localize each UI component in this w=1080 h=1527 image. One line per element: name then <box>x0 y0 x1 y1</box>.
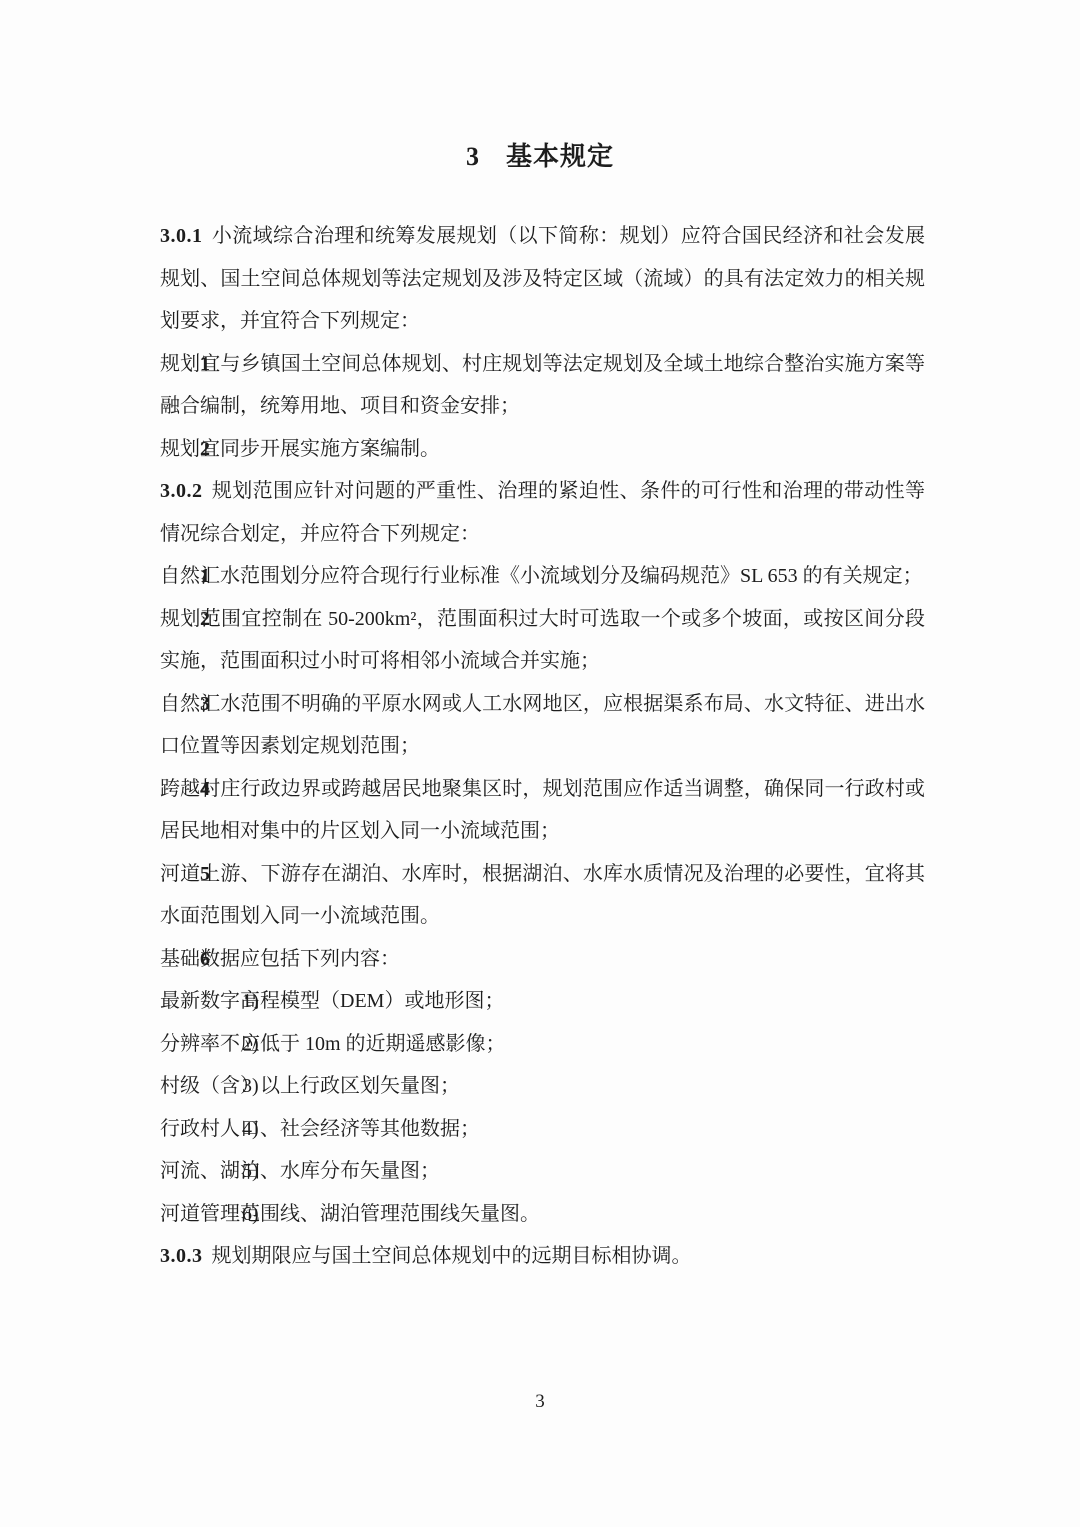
item-text: 规划范围宜控制在 50-200km²，范围面积过大时可选取一个或多个坡面，或按区… <box>160 608 925 673</box>
chapter-title-text: 基本规定 <box>506 142 614 171</box>
item-number: 5 <box>200 853 210 896</box>
clause-3-0-2-item-2: 2规划范围宜控制在 50-200km²，范围面积过大时可选取一个或多个坡面，或按… <box>160 598 925 683</box>
clause-3-0-2-item-4: 4跨越村庄行政边界或跨越居民地聚集区时，规划范围应作适当调整，确保同一行政村或居… <box>160 768 925 853</box>
clause-number: 3.0.2 <box>160 480 203 502</box>
item-number: 6 <box>200 938 210 981</box>
document-body: 3.0.1小流域综合治理和统筹发展规划（以下简称：规划）应符合国民经济和社会发展… <box>0 215 1080 1278</box>
item-text: 基础数据应包括下列内容： <box>160 948 400 970</box>
sub-item-number: 4) <box>242 1108 259 1151</box>
clause-3-0-2-item-6: 6基础数据应包括下列内容： <box>160 938 925 981</box>
item-number: 4 <box>200 768 210 811</box>
sub-item-number: 2) <box>242 1023 259 1066</box>
clause-3-0-2-item-5: 5河道上游、下游存在湖泊、水库时，根据湖泊、水库水质情况及治理的必要性，宜将其水… <box>160 853 925 938</box>
sub-item-text: 河道管理范围线、湖泊管理范围线矢量图。 <box>160 1203 540 1225</box>
clause-3-0-2-item-3: 3自然汇水范围不明确的平原水网或人工水网地区，应根据渠系布局、水文特征、进出水口… <box>160 683 925 768</box>
item-number: 3 <box>200 683 210 726</box>
item-number: 1 <box>200 343 210 386</box>
item-number: 2 <box>200 598 210 641</box>
clause-number: 3.0.1 <box>160 225 203 247</box>
sub-item-text: 河流、湖泊、水库分布矢量图； <box>160 1160 440 1182</box>
clause-3-0-2-item-6-sub-5: 5)河流、湖泊、水库分布矢量图； <box>160 1150 925 1193</box>
sub-item-text: 最新数字高程模型（DEM）或地形图； <box>160 990 504 1012</box>
clause-text: 规划范围应针对问题的严重性、治理的紧迫性、条件的可行性和治理的带动性等情况综合划… <box>160 480 925 545</box>
sub-item-text: 分辨率不应低于 10m 的近期遥感影像； <box>160 1033 506 1055</box>
clause-text: 规划期限应与国土空间总体规划中的远期目标相协调。 <box>212 1245 692 1267</box>
chapter-number: 3 <box>466 142 480 171</box>
document-page: 3基本规定 3.0.1小流域综合治理和统筹发展规划（以下简称：规划）应符合国民经… <box>0 0 1080 1527</box>
clause-3-0-1-item-2: 2规划宜同步开展实施方案编制。 <box>160 428 925 471</box>
clause-3-0-2-item-6-sub-6: 6)河道管理范围线、湖泊管理范围线矢量图。 <box>160 1193 925 1236</box>
clause-3-0-2-item-6-sub-1: 1)最新数字高程模型（DEM）或地形图； <box>160 980 925 1023</box>
item-text: 河道上游、下游存在湖泊、水库时，根据湖泊、水库水质情况及治理的必要性，宜将其水面… <box>160 863 925 928</box>
item-text: 自然汇水范围划分应符合现行行业标准《小流域划分及编码规范》SL 653 的有关规… <box>160 565 923 587</box>
clause-3-0-1: 3.0.1小流域综合治理和统筹发展规划（以下简称：规划）应符合国民经济和社会发展… <box>160 215 925 343</box>
clause-3-0-3: 3.0.3规划期限应与国土空间总体规划中的远期目标相协调。 <box>160 1235 925 1278</box>
sub-item-number: 5) <box>242 1150 259 1193</box>
sub-item-number: 3) <box>242 1065 259 1108</box>
clause-3-0-2-item-1: 1自然汇水范围划分应符合现行行业标准《小流域划分及编码规范》SL 653 的有关… <box>160 555 925 598</box>
item-text: 自然汇水范围不明确的平原水网或人工水网地区，应根据渠系布局、水文特征、进出水口位… <box>160 693 925 758</box>
item-text: 规划宜与乡镇国土空间总体规划、村庄规划等法定规划及全域土地综合整治实施方案等融合… <box>160 353 925 418</box>
clause-text: 小流域综合治理和统筹发展规划（以下简称：规划）应符合国民经济和社会发展规划、国土… <box>160 225 925 332</box>
clause-3-0-2-item-6-sub-3: 3)村级（含）以上行政区划矢量图； <box>160 1065 925 1108</box>
sub-item-number: 1) <box>242 980 259 1023</box>
page-number: 3 <box>0 1391 1080 1413</box>
sub-item-text: 行政村人口、社会经济等其他数据； <box>160 1118 480 1140</box>
clause-3-0-2-item-6-sub-4: 4)行政村人口、社会经济等其他数据； <box>160 1108 925 1151</box>
page-title: 3基本规定 <box>0 0 1080 172</box>
clause-3-0-1-item-1: 1规划宜与乡镇国土空间总体规划、村庄规划等法定规划及全域土地综合整治实施方案等融… <box>160 343 925 428</box>
item-number: 1 <box>200 555 210 598</box>
clause-3-0-2: 3.0.2规划范围应针对问题的严重性、治理的紧迫性、条件的可行性和治理的带动性等… <box>160 470 925 555</box>
clause-3-0-2-item-6-sub-2: 2)分辨率不应低于 10m 的近期遥感影像； <box>160 1023 925 1066</box>
item-number: 2 <box>200 428 210 471</box>
item-text: 跨越村庄行政边界或跨越居民地聚集区时，规划范围应作适当调整，确保同一行政村或居民… <box>160 778 925 843</box>
sub-item-text: 村级（含）以上行政区划矢量图； <box>160 1075 460 1097</box>
sub-item-number: 6) <box>242 1193 259 1236</box>
clause-number: 3.0.3 <box>160 1245 203 1267</box>
